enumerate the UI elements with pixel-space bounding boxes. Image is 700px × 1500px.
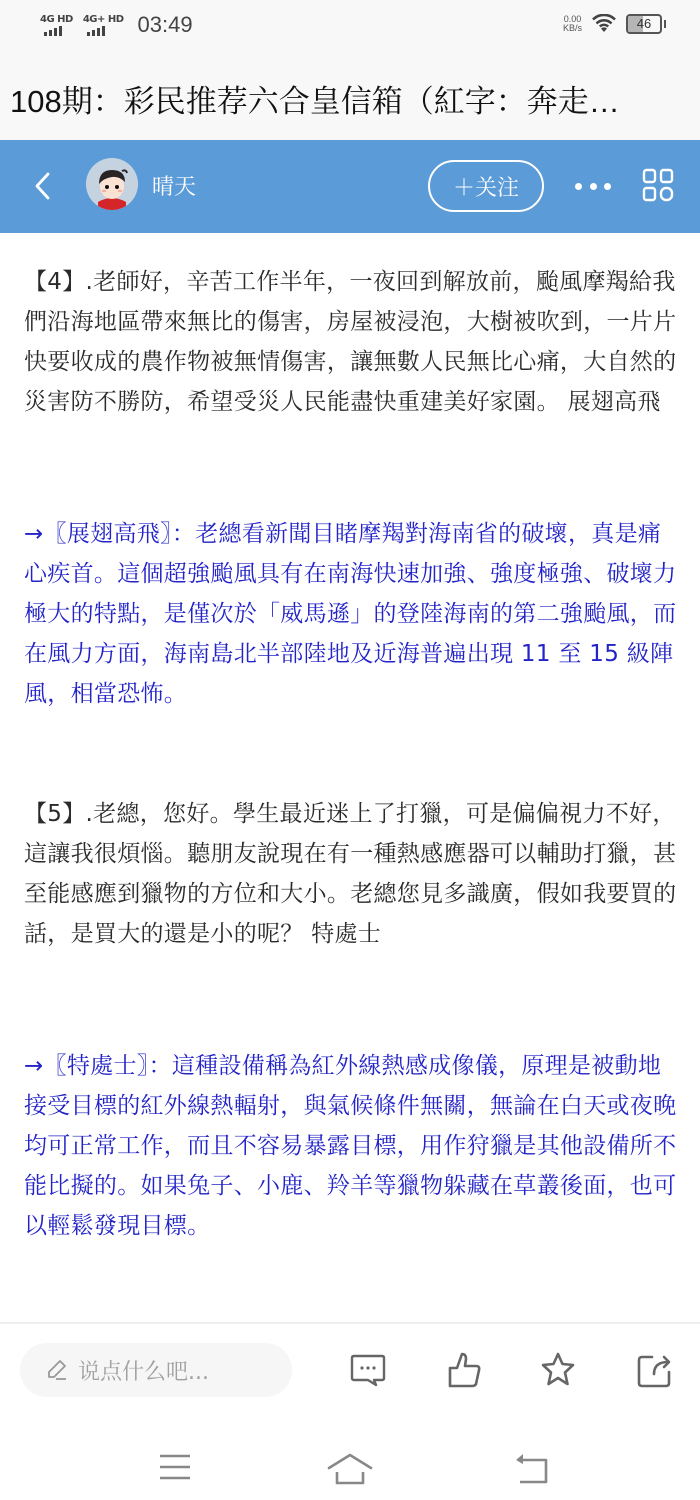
thumbs-up-icon[interactable] bbox=[444, 1350, 484, 1390]
status-right: 0.00 KB/s 46 bbox=[563, 14, 666, 34]
system-nav-bar bbox=[0, 1430, 700, 1500]
sim1-label: 4G HD bbox=[40, 15, 73, 25]
home-icon[interactable] bbox=[326, 1452, 374, 1486]
clock: 03:49 bbox=[138, 12, 193, 38]
menu-icon[interactable] bbox=[158, 1452, 192, 1482]
star-icon[interactable] bbox=[538, 1350, 578, 1390]
divider bbox=[0, 1322, 700, 1324]
user-name[interactable]: 晴天 bbox=[152, 170, 196, 201]
grid-apps-icon[interactable] bbox=[642, 168, 674, 202]
chevron-left-icon[interactable] bbox=[28, 168, 58, 204]
signal-bars-icon bbox=[44, 26, 62, 36]
status-left: 4G HD 4G+ HD 03:49 bbox=[40, 12, 193, 38]
reply-paragraph: →〖特處士〗：這種設備稱為紅外線熱感成像儀，原理是被動地接受目標的紅外線熱輻射，… bbox=[24, 1046, 684, 1246]
follow-button[interactable]: ＋关注 bbox=[428, 160, 544, 212]
sim2-label: 4G+ HD bbox=[83, 15, 124, 25]
battery-icon: 46 bbox=[626, 14, 662, 34]
comment-placeholder: 说点什么吧... bbox=[78, 1355, 209, 1386]
net-speed-unit: KB/s bbox=[563, 24, 582, 33]
pencil-icon bbox=[44, 1357, 70, 1383]
status-bar: 4G HD 4G+ HD 03:49 0.00 KB/s 46 bbox=[0, 0, 700, 56]
comment-bubble-icon[interactable] bbox=[348, 1350, 388, 1390]
battery-level: 46 bbox=[637, 16, 651, 31]
avatar[interactable] bbox=[86, 158, 138, 210]
reply-paragraph: →〖展翅高飛〗：老總看新聞目睹摩羯對海南省的破壞，真是痛心疾首。這個超強颱風具有… bbox=[24, 514, 684, 714]
battery-tip bbox=[664, 20, 666, 28]
title-bar: 108期：彩民推荐六合皇信箱（紅字：奔走… bbox=[0, 56, 700, 140]
share-icon[interactable] bbox=[634, 1350, 674, 1390]
question-paragraph: 【5】.老總，您好。學生最近迷上了打獵，可是偏偏視力不好，這讓我很煩惱。聽朋友說… bbox=[24, 794, 684, 954]
back-icon[interactable] bbox=[514, 1452, 552, 1486]
comment-input[interactable]: 说点什么吧... bbox=[20, 1343, 292, 1397]
page-title: 108期：彩民推荐六合皇信箱（紅字：奔走… bbox=[10, 76, 620, 121]
question-paragraph: 【4】.老師好，辛苦工作半年，一夜回到解放前，颱風摩羯給我們沿海地區帶來無比的傷… bbox=[24, 262, 684, 422]
more-dots-icon[interactable] bbox=[575, 172, 611, 200]
avatar-image bbox=[86, 158, 138, 210]
signal-bars-icon bbox=[87, 26, 105, 36]
sim2-signal: 4G+ HD bbox=[83, 15, 124, 36]
sim1-signal: 4G HD bbox=[40, 15, 73, 36]
wifi-icon bbox=[592, 14, 616, 34]
net-speed: 0.00 KB/s bbox=[563, 15, 582, 33]
